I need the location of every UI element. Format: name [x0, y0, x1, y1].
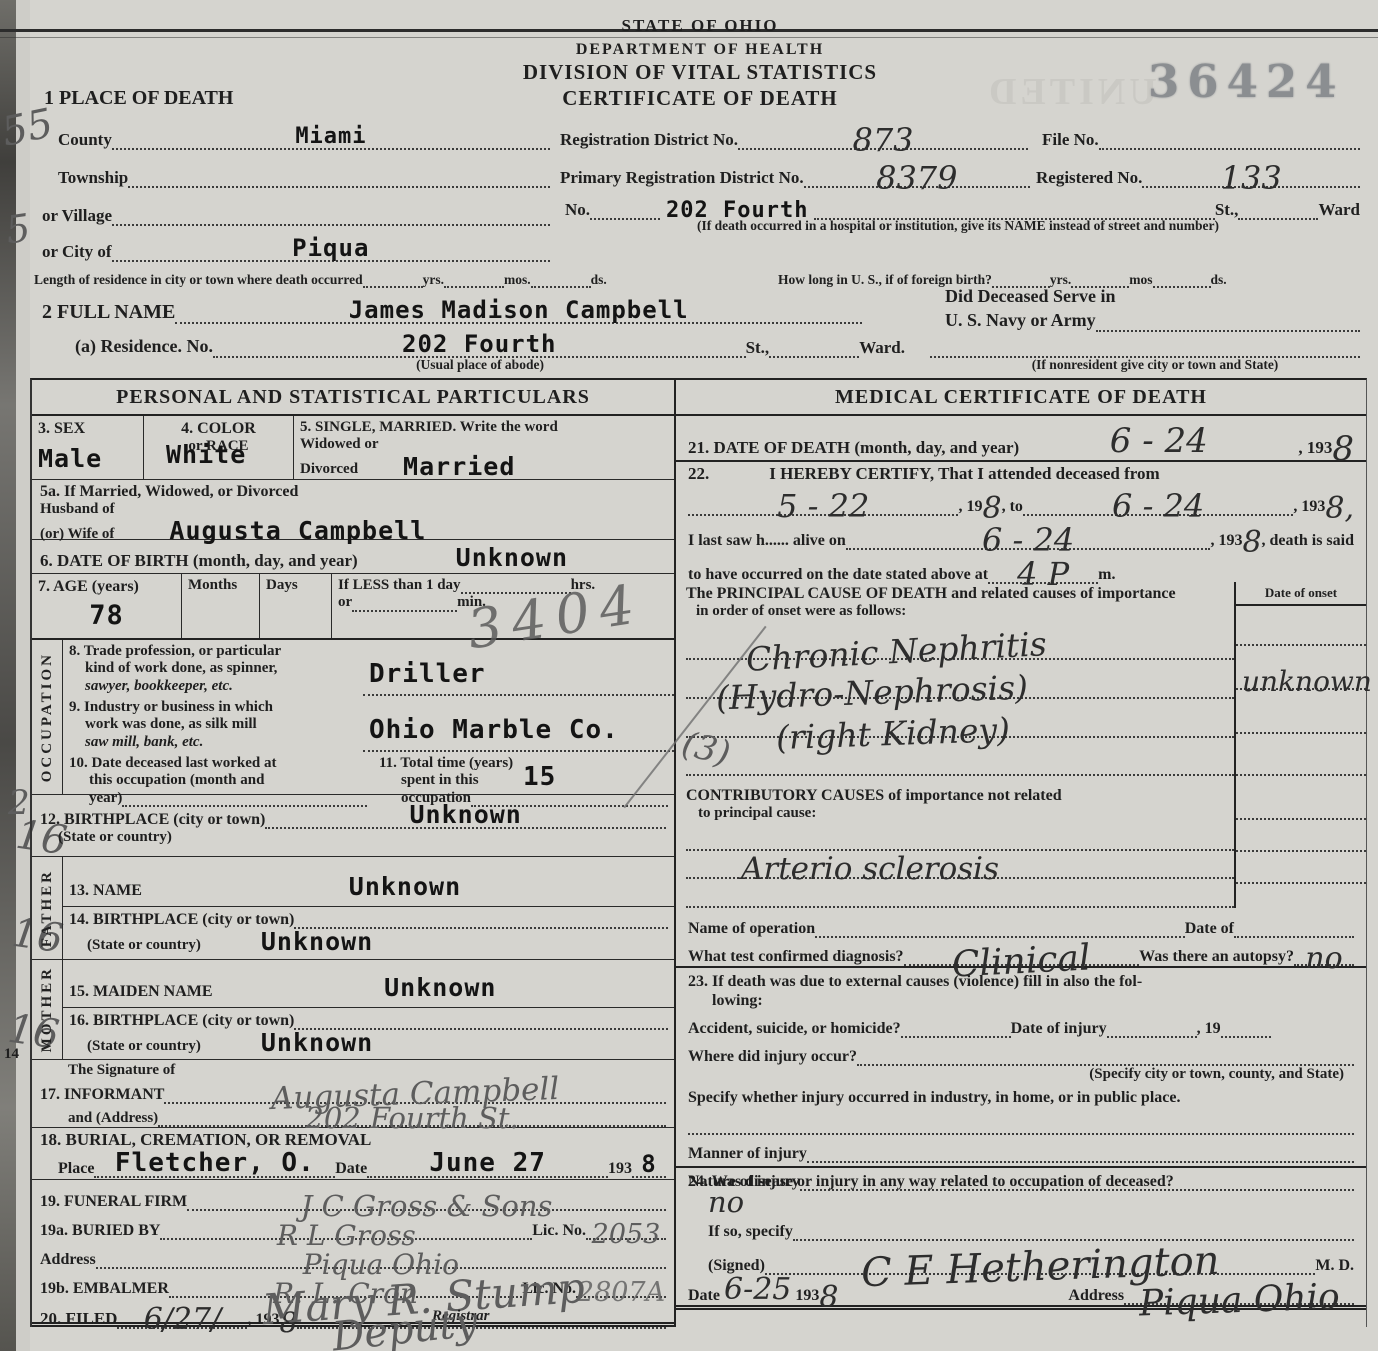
date-of-death-year-value: 8 — [1332, 432, 1354, 466]
date-of-onset-column: Date of onset unknown — [1234, 582, 1366, 908]
date-of-onset-header: Date of onset — [1236, 582, 1366, 606]
full-name-label: 2 FULL NAME — [42, 301, 175, 324]
where-injury-label: Where did injury occur? — [688, 1047, 857, 1066]
burial-date-value: June 27 — [429, 1150, 546, 1176]
sex-value: Male — [38, 446, 137, 471]
registered-no-label: Registered No. — [1036, 168, 1142, 188]
residence-row: (a) Residence. No. 202 Fourth St., Ward. — [75, 330, 905, 358]
sex-label: 3. SEX — [38, 419, 137, 438]
field-file-no: File No. — [1042, 122, 1360, 150]
signed-address-value: Piqua Ohio — [1138, 1280, 1340, 1323]
mother-birthplace-value: Unknown — [261, 1030, 373, 1055]
buried-by-lic-value: 2053 — [592, 1221, 661, 1248]
industry-label-1: 9. Industry or business in which — [69, 699, 357, 716]
length-label: Length of residence in city or town wher… — [34, 272, 363, 288]
father-birthplace-value: Unknown — [261, 929, 373, 954]
last-saw-label: I last saw h...... alive on — [688, 531, 846, 550]
last-worked-label-2: this occupation (month and — [69, 772, 367, 789]
primary-reg-value: 8379 — [876, 162, 957, 194]
field-village: or Village — [42, 198, 550, 226]
or-label: or — [338, 594, 352, 611]
date-of-death-label: 21. DATE OF DEATH (month, day, and year) — [688, 438, 1019, 458]
certificate-number-stamp: 36424 — [1148, 55, 1345, 108]
funeral-firm-label: 19. FUNERAL FIRM — [40, 1192, 187, 1211]
autopsy-label: Was there an autopsy? — [1139, 947, 1294, 966]
signed-date-value: 6-25 — [724, 1275, 791, 1305]
dob-value: Unknown — [456, 543, 568, 572]
age-label: 7. AGE (years) — [38, 577, 175, 596]
margin-note-14: 14 — [4, 1046, 19, 1063]
signed-year-value: 8 — [819, 1283, 838, 1313]
scan-edge — [0, 0, 16, 1351]
served-row: U. S. Navy or Army — [945, 308, 1360, 332]
file-no-label: File No. — [1042, 130, 1099, 150]
field-city: or City of Piqua — [42, 232, 550, 262]
hospital-note: (If death occurred in a hospital or inst… — [558, 218, 1358, 234]
yrs-label: yrs. — [423, 272, 444, 288]
last-worked-label-1: 10. Date deceased last worked at — [69, 755, 367, 772]
funeral-firm-value: J C Gross & Sons — [301, 1192, 553, 1221]
last-saw-value: 6 - 24 — [982, 524, 1074, 556]
signed-address-label: Address — [1068, 1286, 1124, 1305]
personal-title: PERSONAL AND STATISTICAL PARTICULARS — [116, 386, 590, 409]
mother-side-label: MOTHER — [39, 966, 56, 1052]
external-causes-label-2: lowing: — [688, 991, 1354, 1010]
buried-by-lic-label: Lic. No. — [532, 1221, 586, 1240]
buried-address-label: Address — [40, 1250, 96, 1269]
signed-year-printed: 193 — [795, 1286, 819, 1305]
full-name-value: James Madison Campbell — [349, 298, 689, 322]
md-label: M. D. — [1315, 1256, 1354, 1275]
less-than-label: If LESS than 1 day — [338, 577, 461, 594]
mother-maiden-label: 15. MAIDEN NAME — [69, 982, 213, 1001]
birthplace-value: Unknown — [410, 802, 522, 827]
township-label: Township — [58, 168, 128, 188]
field-primary-reg: Primary Registration District No. 8379 — [560, 160, 1030, 188]
embalmer-label: 19b. EMBALMER — [40, 1279, 169, 1298]
nonresident-note: (If nonresident give city or town and St… — [945, 357, 1365, 373]
registered-no-value: 133 — [1221, 162, 1282, 194]
ward-label: Ward — [1318, 200, 1360, 220]
injury-19-label: , 19 — [1197, 1019, 1221, 1038]
informant-label-2: 17. INFORMANT — [40, 1085, 164, 1104]
birthplace-label: 12. BIRTHPLACE (city or town) — [40, 810, 265, 829]
margin-note-55: 55 — [0, 103, 57, 153]
if-so-specify-label: If so, specify — [708, 1222, 793, 1241]
residence-value: 202 Fourth — [402, 332, 557, 356]
occupation-related-label: 24. Was disease or injury in any way rel… — [688, 1172, 1354, 1191]
industry-label-3: saw mill, bank, etc. — [69, 734, 357, 751]
date-of-death-value: 6 - 24 — [1110, 421, 1208, 461]
attended-to-year-value: 8, — [1325, 494, 1354, 524]
foreign-birth-row: How long in U. S., if of foreign birth? … — [778, 266, 1360, 288]
margin-note-5: 5 — [3, 209, 32, 250]
reg-district-label: Registration District No. — [560, 130, 738, 150]
last-saw-year-value: 8 — [1242, 528, 1261, 558]
field-reg-district: Registration District No. 873 — [560, 122, 1028, 150]
industry-label-2: work was done, as silk mill — [69, 716, 357, 733]
embalmer-lic-value: 2807A — [577, 1279, 665, 1306]
ds-label: ds. — [591, 272, 607, 288]
industry-value: Ohio Marble Co. — [369, 717, 619, 743]
father-birthplace-sub: (State or country) — [69, 937, 201, 954]
accident-label: Accident, suicide, or homicide? — [688, 1019, 901, 1038]
last-saw-year-printed: , 193 — [1210, 531, 1242, 550]
filed-date-value: 6/27/ — [144, 1305, 221, 1335]
abode-note: (Usual place of abode) — [300, 357, 660, 373]
cause-line-3: (right Kidney) — [775, 713, 1010, 754]
color-value: White — [166, 442, 246, 467]
father-name-label: 13. NAME — [69, 881, 142, 900]
marital-value: Married — [403, 454, 515, 479]
burial-year-printed: 193 — [608, 1159, 632, 1178]
medical-column: MEDICAL CERTIFICATE OF DEATH 21. DATE OF… — [676, 380, 1366, 1327]
place-of-death-title: 1 PLACE OF DEATH — [44, 86, 233, 110]
field-registered-no: Registered No. 133 — [1036, 160, 1360, 188]
personal-column: PERSONAL AND STATISTICAL PARTICULARS 3. … — [32, 380, 676, 1327]
attended-to-year-printed: , 193 — [1293, 497, 1325, 516]
street-no-label: No. — [565, 200, 590, 220]
buried-by-value: R L Gross — [277, 1222, 416, 1250]
served-label-2: U. S. Navy or Army — [945, 310, 1096, 332]
field-township: Township — [58, 160, 550, 188]
st-label: St., — [1215, 200, 1239, 220]
occupation-label-1: 8. Trade profession, or particular — [69, 643, 357, 660]
principal-cause-label-2: in order of onset were as follows: — [686, 603, 1234, 620]
injury-date-label: Date of injury — [1011, 1019, 1107, 1038]
manner-of-injury-label: Manner of injury — [688, 1144, 807, 1163]
certify-label: I HEREBY CERTIFY, That I attended deceas… — [769, 464, 1159, 484]
death-certificate-document: UNITED STATE OF OHIO DEPARTMENT OF HEALT… — [0, 0, 1378, 1351]
buried-by-label: 19a. BURIED BY — [40, 1221, 160, 1240]
attended-from-value: 5 - 22 — [777, 490, 869, 522]
residence-st-label: St., — [746, 338, 770, 358]
certify-number: 22. — [688, 464, 709, 484]
county-value: Miami — [295, 126, 366, 148]
county-label: County — [58, 130, 112, 150]
filed-label: 20. FILED — [40, 1309, 117, 1329]
village-label: or Village — [42, 206, 112, 226]
length-of-residence-row: Length of residence in city or town wher… — [34, 266, 750, 288]
reg-district-value: 873 — [852, 124, 913, 156]
total-time-value: 15 — [523, 764, 556, 790]
specify-city-note: (Specify city or town, county, and State… — [688, 1066, 1354, 1083]
principal-cause-label-1: The PRINCIPAL CAUSE OF DEATH and related… — [686, 584, 1234, 603]
header-certificate-title: CERTIFICATE OF DEATH — [450, 86, 950, 111]
primary-reg-label: Primary Registration District No. — [560, 168, 804, 188]
city-value: Piqua — [292, 236, 369, 260]
father-name-value: Unknown — [349, 872, 461, 901]
date-of-death-year-printed: , 193 — [1298, 438, 1332, 458]
informant-label-3: and (Address) — [40, 1110, 158, 1127]
days-label: Days — [260, 574, 332, 638]
signed-date-label: Date — [688, 1286, 720, 1305]
mos2-label: mos — [1129, 272, 1152, 288]
operation-date-label: Date of — [1185, 919, 1234, 938]
full-name-row: 2 FULL NAME James Madison Campbell — [42, 294, 862, 324]
age-value: 78 — [38, 602, 175, 629]
burial-year-value: 8 — [641, 1152, 656, 1176]
field-street: No. 202 Fourth St., Ward — [565, 192, 1360, 220]
marital-label-3: Divorced — [300, 461, 358, 478]
operation-label: Name of operation — [688, 919, 815, 938]
field-county: County Miami — [58, 122, 550, 150]
attended-from-year-value: 8 — [982, 494, 1001, 524]
burial-place-value: Fletcher, O. — [115, 1150, 315, 1176]
test-label: What test confirmed diagnosis? — [688, 947, 904, 966]
dob-label: 6. DATE OF BIRTH (month, day, and year) — [40, 551, 358, 571]
marital-label-2: Widowed or — [300, 436, 668, 453]
specify-whether-label: Specify whether injury occurred in indus… — [688, 1088, 1354, 1107]
months-label: Months — [182, 574, 260, 638]
header-state: STATE OF OHIO — [540, 16, 860, 36]
color-label: 4. COLOR — [150, 419, 287, 438]
main-form-grid: PERSONAL AND STATISTICAL PARTICULARS 3. … — [30, 378, 1367, 1327]
causes-section: The PRINCIPAL CAUSE OF DEATH and related… — [676, 582, 1366, 908]
external-causes-label-1: 23. If death was due to external causes … — [688, 972, 1354, 991]
residence-ward-label: Ward. — [859, 338, 905, 358]
occupation-side-label: OCCUPATION — [39, 652, 56, 782]
header-department: DEPARTMENT OF HEALTH — [500, 41, 900, 59]
top-rule-2 — [0, 37, 1378, 38]
burial-date-label: Date — [335, 1159, 367, 1178]
mos-label: mos. — [504, 272, 531, 288]
pencil-mark-3: (3) — [679, 727, 734, 772]
occupation-related-value: no — [708, 1188, 744, 1217]
city-label: or City of — [42, 242, 112, 262]
header-division: DIVISION OF VITAL STATISTICS — [450, 60, 950, 85]
served-label-1: Did Deceased Serve in — [945, 286, 1115, 308]
scan-edge-inner — [16, 0, 30, 1351]
attended-to-label: , to — [1002, 497, 1023, 516]
nonresident-fill — [930, 330, 1360, 358]
burial-place-label: Place — [40, 1159, 94, 1178]
marital-label-1: 5. SINGLE, MARRIED. Write the word — [300, 419, 668, 436]
father-side-label: FATHER — [39, 869, 56, 947]
attended-from-year-printed: , 19 — [958, 497, 982, 516]
mother-maiden-value: Unknown — [384, 973, 496, 1002]
death-said-label: , death is said — [1262, 531, 1354, 550]
attended-to-value: 6 - 24 — [1112, 490, 1204, 522]
birthplace-sub-label: (State or country) — [40, 829, 666, 846]
residence-label: (a) Residence. No. — [75, 336, 213, 358]
contributory-label-2: to principal cause: — [686, 805, 1234, 822]
married-to-label-1: 5a. If Married, Widowed, or Divorced — [40, 482, 666, 501]
ds2-label: ds. — [1211, 272, 1227, 288]
cause-line-2: (Hydro-Nephrosis) — [716, 671, 1029, 715]
occupation-label-2: kind of work done, as spinner, — [69, 660, 357, 677]
occupation-value: Driller — [369, 661, 486, 687]
bleedthrough-text: UNITED — [985, 70, 1157, 114]
contributory-label-1: CONTRIBUTORY CAUSES of importance not re… — [686, 786, 1234, 805]
informant-label-1: The Signature of — [40, 1062, 666, 1079]
mother-birthplace-sub: (State or country) — [69, 1038, 201, 1055]
occupation-label-3: sawyer, bookkeeper, etc. — [69, 678, 357, 695]
burial-label: 18. BURIAL, CREMATION, OR REMOVAL — [40, 1130, 666, 1150]
medical-title: MEDICAL CERTIFICATE OF DEATH — [835, 386, 1207, 409]
